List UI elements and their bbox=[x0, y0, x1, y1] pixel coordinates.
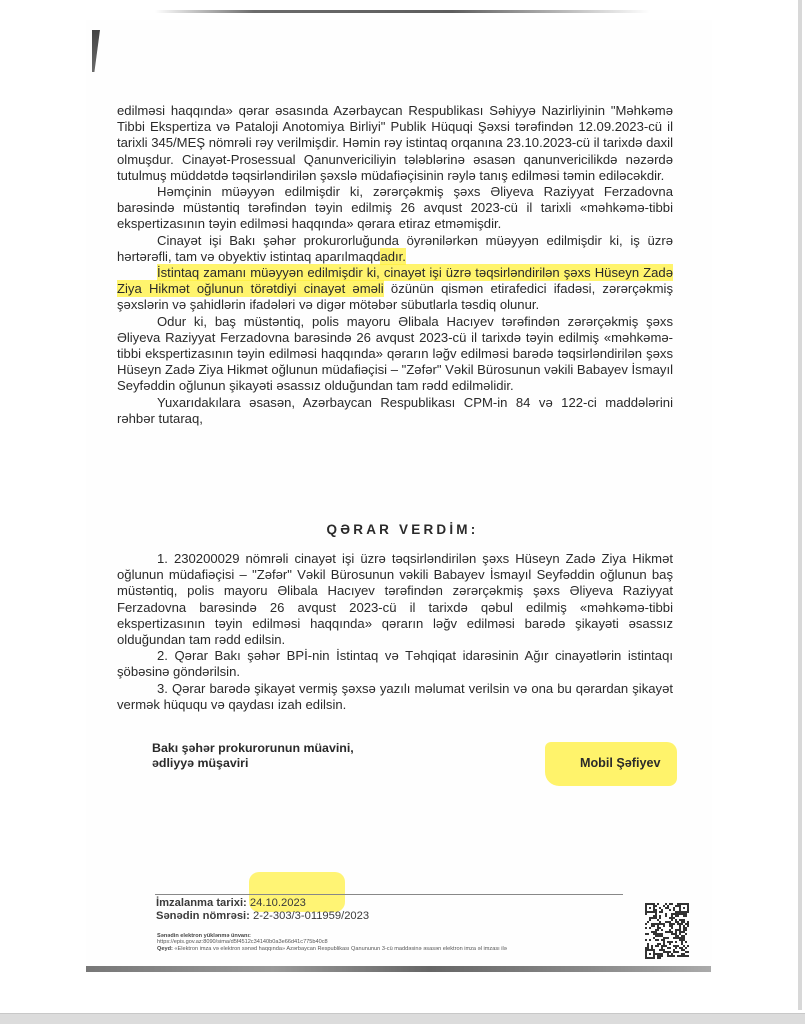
decisions-list: 1. 230200029 nömrəli cinayət işi üzrə tə… bbox=[117, 551, 673, 713]
signing-date-value: 24.10.2023 bbox=[250, 897, 306, 909]
highlighted-text: adır. bbox=[380, 248, 405, 265]
footer-info: İmzalanma tarixi: 24.10.2023 Sənədin nöm… bbox=[156, 897, 369, 923]
signer-title: Bakı şəhər prokurorunun müavini, bbox=[152, 741, 354, 756]
signer-rank: ədliyyə müşaviri bbox=[152, 756, 354, 771]
page-bottom-edge bbox=[86, 966, 711, 972]
signing-date-label: İmzalanma tarixi: bbox=[156, 897, 247, 909]
footer-divider bbox=[155, 894, 623, 895]
paragraph-text: Yuxarıdakılara əsasən, Azərbaycan Respub… bbox=[117, 395, 673, 426]
paragraph: Cinayət işi Bakı şəhər prokurorluğunda ö… bbox=[117, 233, 673, 265]
decision-item: 3. Qərar barədə şikayət vermiş şəxsə yaz… bbox=[117, 681, 673, 713]
decision-heading: QƏRAR VERDİM: bbox=[0, 522, 805, 537]
signer-name: Mobil Şəfiyev bbox=[580, 756, 660, 770]
decision-item: 2. Qərar Bakı şəhər BPİ-nin İstintaq və … bbox=[117, 648, 673, 680]
viewer-bottom-bar[interactable] bbox=[0, 1013, 805, 1024]
paragraph-text: edilməsi haqqında» qərar əsasında Azərba… bbox=[117, 103, 673, 183]
signature-block: Bakı şəhər prokurorunun müavini, ədliyyə… bbox=[152, 741, 354, 771]
paragraph: Odur ki, baş müstəntiq, polis mayoru Əli… bbox=[117, 314, 673, 395]
paragraph: Yuxarıdakılara əsasən, Azərbaycan Respub… bbox=[117, 395, 673, 427]
doc-number-label: Sənədin nömrəsi: bbox=[156, 910, 250, 922]
decision-item: 1. 230200029 nömrəli cinayət işi üzrə tə… bbox=[117, 551, 673, 648]
doc-number-value: 2-2-303/3-011959/2023 bbox=[253, 910, 369, 922]
signing-date-row: İmzalanma tarixi: 24.10.2023 bbox=[156, 897, 369, 910]
viewer-right-edge bbox=[798, 0, 802, 1010]
paragraph: edilməsi haqqında» qərar əsasında Azərba… bbox=[117, 103, 673, 184]
upload-address-label: Sənədin elektron yüklənmə ünvanı: bbox=[157, 933, 251, 939]
paragraph-text: Odur ki, baş müstəntiq, polis mayoru Əli… bbox=[117, 314, 673, 394]
note-label: Qeyd: bbox=[157, 946, 173, 952]
body-text: edilməsi haqqında» qərar əsasında Azərba… bbox=[117, 103, 673, 427]
doc-number-row: Sənədin nömrəsi: 2-2-303/3-011959/2023 bbox=[156, 910, 369, 923]
paragraph-text: Həmçinin müəyyən edilmişdir ki, zərərçək… bbox=[117, 184, 673, 231]
paragraph: İstintaq zamanı müəyyən edilmişdir ki, c… bbox=[117, 265, 673, 314]
footer-small-print: Sənədin elektron yüklənmə ünvanı: https:… bbox=[157, 933, 627, 952]
qr-code-icon bbox=[645, 903, 689, 959]
page-top-shadow bbox=[155, 10, 650, 13]
paragraph: Həmçinin müəyyən edilmişdir ki, zərərçək… bbox=[117, 184, 673, 233]
note-text: «Elektron imza və elektron sənəd haqqınd… bbox=[174, 946, 506, 952]
